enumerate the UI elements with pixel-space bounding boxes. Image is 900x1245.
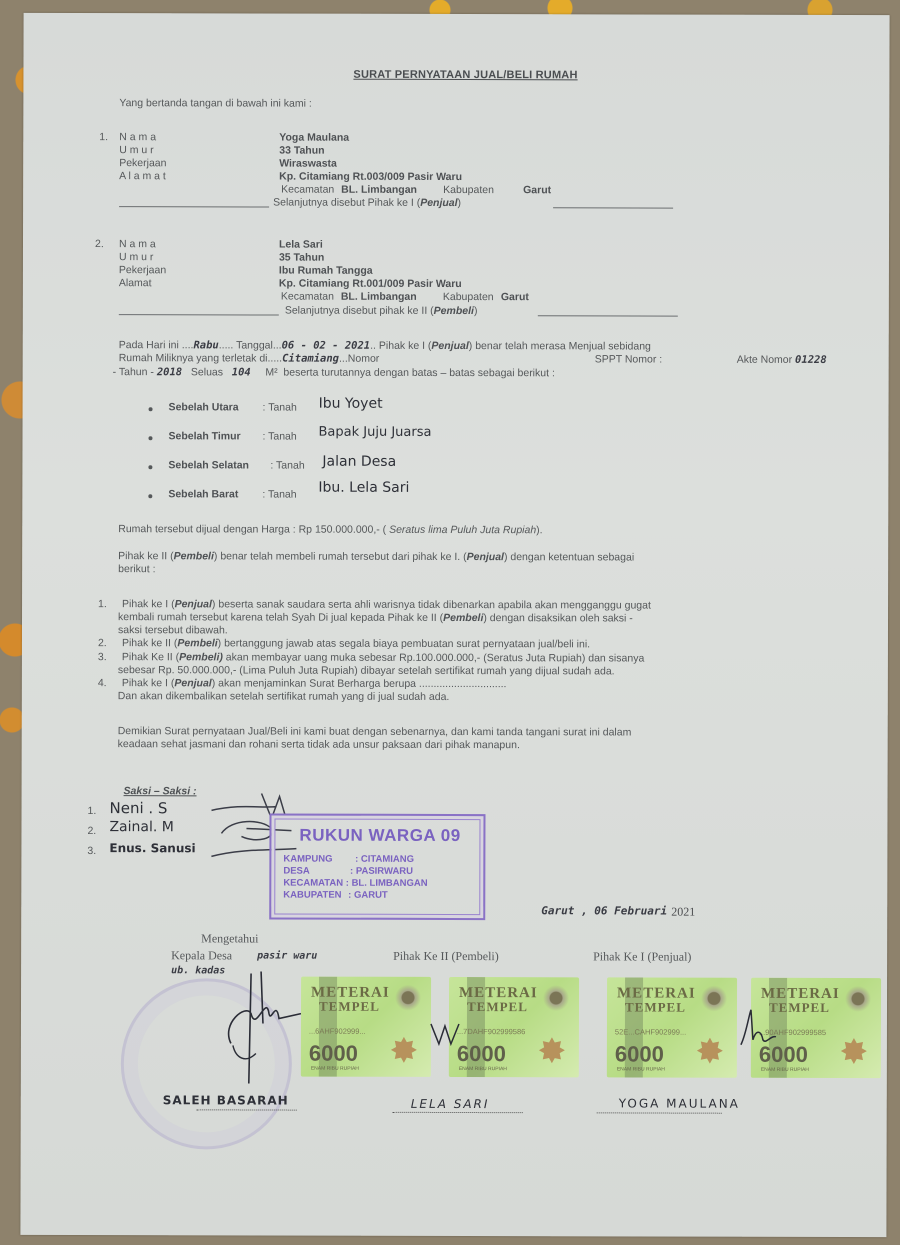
party-2-occupation: Ibu Rumah Tangga (279, 265, 373, 277)
closing-text-2: keadaan sehat jasmani dan rohani serta t… (118, 738, 520, 751)
party-1-designation: Selanjutnya disebut Pihak ke I (Penjual) (273, 197, 461, 209)
rukun-warga-stamp: RUKUN WARGA 09 KAMPUNG : CITAMIANG DESA … (269, 814, 485, 921)
purchase-text: Pihak ke II (Pembeli) benar telah membel… (118, 550, 634, 563)
party-1-address: Kp. Citamiang Rt.003/009 Pasir Waru (279, 171, 462, 183)
party-1-kab: Garut (523, 184, 551, 196)
label-pekerjaan: Pekerjaan (119, 157, 166, 169)
seller-signature (721, 1005, 781, 1055)
price-text: Rumah tersebut dijual dengan Harga : Rp … (118, 523, 542, 536)
garuda-icon (543, 985, 569, 1017)
party-1-occupation: Wiraswasta (279, 158, 337, 170)
star-emblem-icon (841, 1038, 867, 1064)
party-1-name: Yoga Maulana (279, 132, 349, 144)
star-emblem-icon (697, 1038, 723, 1064)
document-title: SURAT PERNYATAAN JUAL/BELI RUMAH (353, 69, 577, 82)
label-alamat: Alamat (119, 277, 152, 289)
party-2-kec: BL. Limbangan (341, 291, 417, 303)
village-head-name: SALEH BASARAH (163, 1093, 289, 1107)
materai-stamp-1: METERAITEMPEL ...6AHF902999... 6000ENAM … (301, 977, 431, 1077)
date-year: 2021 (671, 905, 695, 920)
boundary-east-value: Bapak Juju Juarsa (318, 425, 431, 440)
boundary-north-value: Ibu Yoyet (319, 396, 383, 412)
witness-2-name: Zainal. M (109, 819, 173, 835)
kepala-desa-label: Kepala Desa (171, 948, 232, 963)
document-page: SURAT PERNYATAAN JUAL/BELI RUMAH Yang be… (20, 13, 889, 1237)
kepala-desa-handwritten: pasir waru (257, 950, 317, 961)
party-1-kab-label: Kabupaten (443, 184, 494, 196)
boundary-west-value: Ibu. Lela Sari (318, 480, 409, 496)
materai-stamp-3: METERAITEMPEL 52E...CAHF902999... 6000EN… (607, 977, 737, 1077)
party-1-kec-label: Kecamatan (281, 184, 334, 196)
party-2-kab-label: Kabupaten (443, 291, 494, 303)
garuda-icon (395, 985, 421, 1017)
party-1-number: 1. (99, 131, 108, 143)
seller-name: YOGA MAULANA (619, 1096, 740, 1110)
tahun-value: 2018 (157, 366, 182, 378)
pembeli-label: Pihak Ke II (Pembeli) (393, 949, 499, 964)
party-2-name: Lela Sari (279, 239, 323, 251)
boundary-south-value: Jalan Desa (322, 454, 396, 470)
place-date-handwritten: Garut , 06 Februari (541, 904, 667, 917)
buyer-name: LELA SARI (411, 1097, 490, 1111)
witnesses-title: Saksi – Saksi : (124, 785, 197, 797)
party-2-kab: Garut (501, 291, 529, 303)
penjual-label: Pihak Ke I (Penjual) (593, 949, 691, 964)
star-emblem-icon (391, 1037, 417, 1063)
party-2-address: Kp. Citamiang Rt.001/009 Pasir Waru (279, 278, 462, 290)
label-nama: N a m a (119, 238, 156, 250)
closing-text-1: Demikian Surat pernyataan Jual/Beli ini … (118, 725, 632, 738)
mengetahui-label: Mengetahui (201, 931, 258, 946)
akte-value: 01228 (795, 354, 827, 366)
buyer-signature (421, 1014, 481, 1054)
lokasi-value: Citamiang (282, 353, 339, 365)
label-nama: N a m a (119, 131, 156, 143)
party-2-kec-label: Kecamatan (281, 291, 334, 303)
intro-text: Yang bertanda tangan di bawah ini kami : (119, 97, 311, 110)
label-pekerjaan: Pekerjaan (119, 264, 166, 276)
label-alamat: A l a m a t (119, 170, 166, 182)
luas-value: 104 (232, 366, 251, 378)
label-umur: U m u r (119, 144, 153, 156)
village-head-signature (191, 963, 311, 1093)
party-2-designation: Selanjutnya disebut pihak ke II (Pembeli… (285, 305, 478, 318)
party-1-age: 33 Tahun (279, 145, 324, 157)
party-2-number: 2. (95, 238, 104, 250)
label-umur: U m u r (119, 251, 153, 263)
witness-3-name: Enus. Sanusi (109, 841, 195, 855)
garuda-icon (845, 986, 871, 1018)
party-2-age: 35 Tahun (279, 252, 324, 264)
witness-1-name: Neni . S (109, 799, 167, 817)
party-1-kec: BL. Limbangan (341, 184, 417, 196)
hari-value: Rabu (193, 339, 218, 351)
star-emblem-icon (539, 1037, 565, 1063)
tanggal-value: 06 - 02 - 2021 (282, 340, 371, 352)
